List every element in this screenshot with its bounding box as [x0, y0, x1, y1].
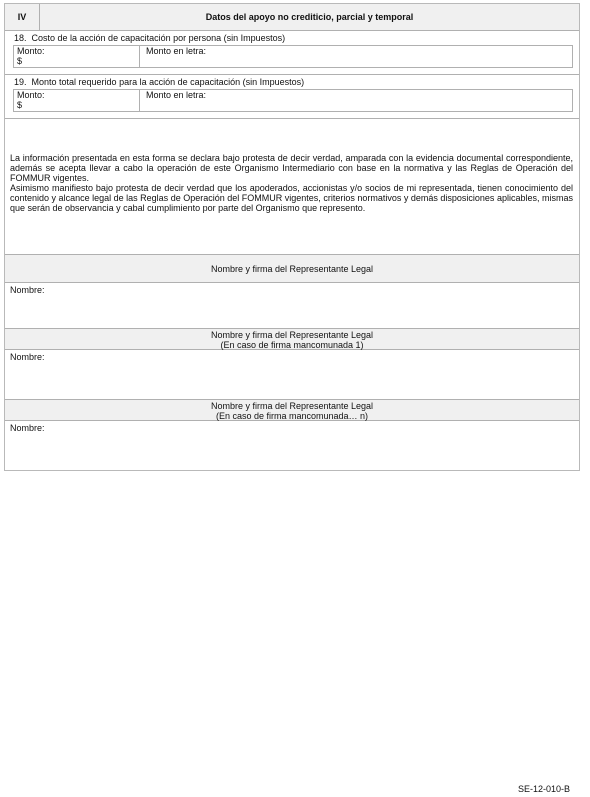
signature-header-2: Nombre y firma del Representante Legal (…: [5, 329, 579, 350]
amount-box: Monto: $ Monto en letra:: [13, 45, 573, 68]
signature-subtitle: (En caso de firma mancomunada 1): [5, 340, 579, 350]
question-19: 19. Monto total requerido para la acción…: [5, 75, 579, 119]
signature-title: Nombre y firma del Representante Legal: [5, 330, 579, 340]
declaration-paragraph-1: La información presentada en esta forma …: [10, 153, 573, 183]
amount-field[interactable]: Monto: $: [14, 46, 140, 67]
amount-field[interactable]: Monto: $: [14, 90, 140, 111]
signature-field-1[interactable]: Nombre:: [5, 283, 579, 329]
declaration: La información presentada en esta forma …: [5, 119, 579, 255]
question-18: 18. Costo de la acción de capacitación p…: [5, 31, 579, 75]
currency-symbol: $: [17, 56, 22, 66]
declaration-paragraph-2: Asimismo manifiesto bajo protesta de dec…: [10, 183, 573, 213]
amount-label: Monto:: [17, 46, 139, 56]
amount-box: Monto: $ Monto en letra:: [13, 89, 573, 112]
question-number: 19.: [14, 77, 29, 88]
amount-in-words-field[interactable]: Monto en letra:: [140, 46, 572, 67]
amount-in-words-label: Monto en letra:: [146, 46, 206, 56]
name-label: Nombre:: [10, 423, 45, 433]
name-label: Nombre:: [10, 285, 45, 295]
signature-field-3[interactable]: Nombre:: [5, 421, 579, 470]
form-code: SE-12-010-B: [518, 784, 570, 794]
signature-title: Nombre y firma del Representante Legal: [5, 401, 579, 411]
section-number: IV: [5, 4, 40, 30]
signature-header-3: Nombre y firma del Representante Legal (…: [5, 400, 579, 421]
question-label: Costo de la acción de capacitación por p…: [32, 33, 286, 43]
name-label: Nombre:: [10, 352, 45, 362]
currency-symbol: $: [17, 100, 22, 110]
signature-header-1: Nombre y firma del Representante Legal: [5, 255, 579, 283]
section-title: Datos del apoyo no crediticio, parcial y…: [40, 4, 579, 30]
question-number: 18.: [14, 33, 29, 44]
amount-in-words-field[interactable]: Monto en letra:: [140, 90, 572, 111]
signature-field-2[interactable]: Nombre:: [5, 350, 579, 400]
amount-label: Monto:: [17, 90, 139, 100]
amount-in-words-label: Monto en letra:: [146, 90, 206, 100]
signature-subtitle: (En caso de firma mancomunada… n): [5, 411, 579, 421]
signature-title: Nombre y firma del Representante Legal: [211, 264, 373, 274]
section-header: IV Datos del apoyo no crediticio, parcia…: [5, 4, 579, 31]
form-section-iv: IV Datos del apoyo no crediticio, parcia…: [4, 3, 580, 471]
question-label: Monto total requerido para la acción de …: [32, 77, 305, 87]
